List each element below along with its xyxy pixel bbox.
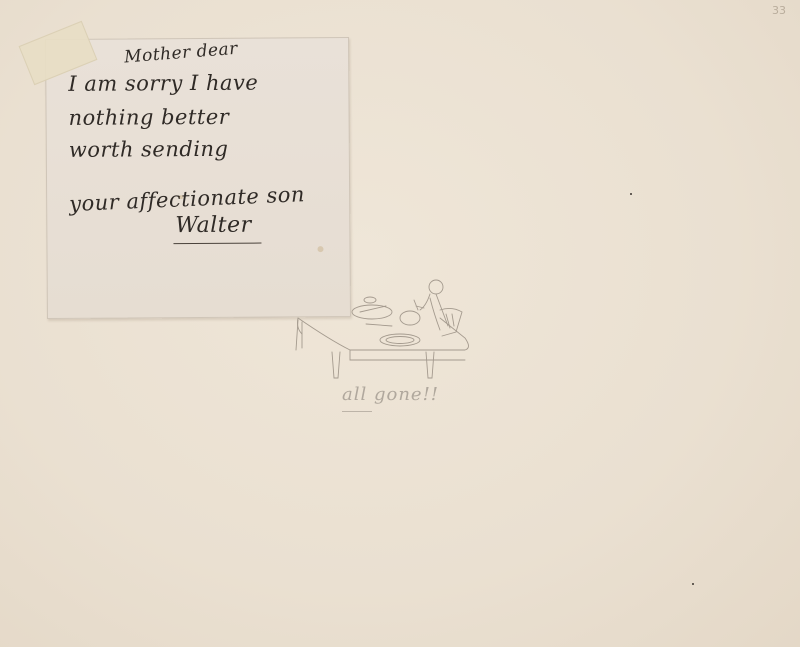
signature-underline: [173, 243, 261, 245]
foxing-spot: [317, 246, 323, 252]
note-closing: your affectionate son: [69, 182, 306, 216]
note-signature: Walter: [175, 213, 251, 239]
page-number: 33: [772, 4, 786, 17]
foxing-spot: [179, 195, 183, 199]
album-page: 33 Mother dear I am sorry I have nothing…: [0, 0, 800, 647]
note-salutation: Mother dear: [124, 39, 239, 68]
ink-speck: [692, 583, 694, 585]
table-sketch-icon: [290, 270, 470, 390]
note-line-2: nothing better: [68, 105, 229, 130]
note-line-1: I am sorry I have: [68, 71, 258, 96]
note-line-3: worth sending: [69, 137, 229, 162]
sketch-caption: all gone!!: [342, 384, 439, 405]
ink-speck: [630, 193, 632, 195]
caption-underline: [342, 411, 372, 412]
